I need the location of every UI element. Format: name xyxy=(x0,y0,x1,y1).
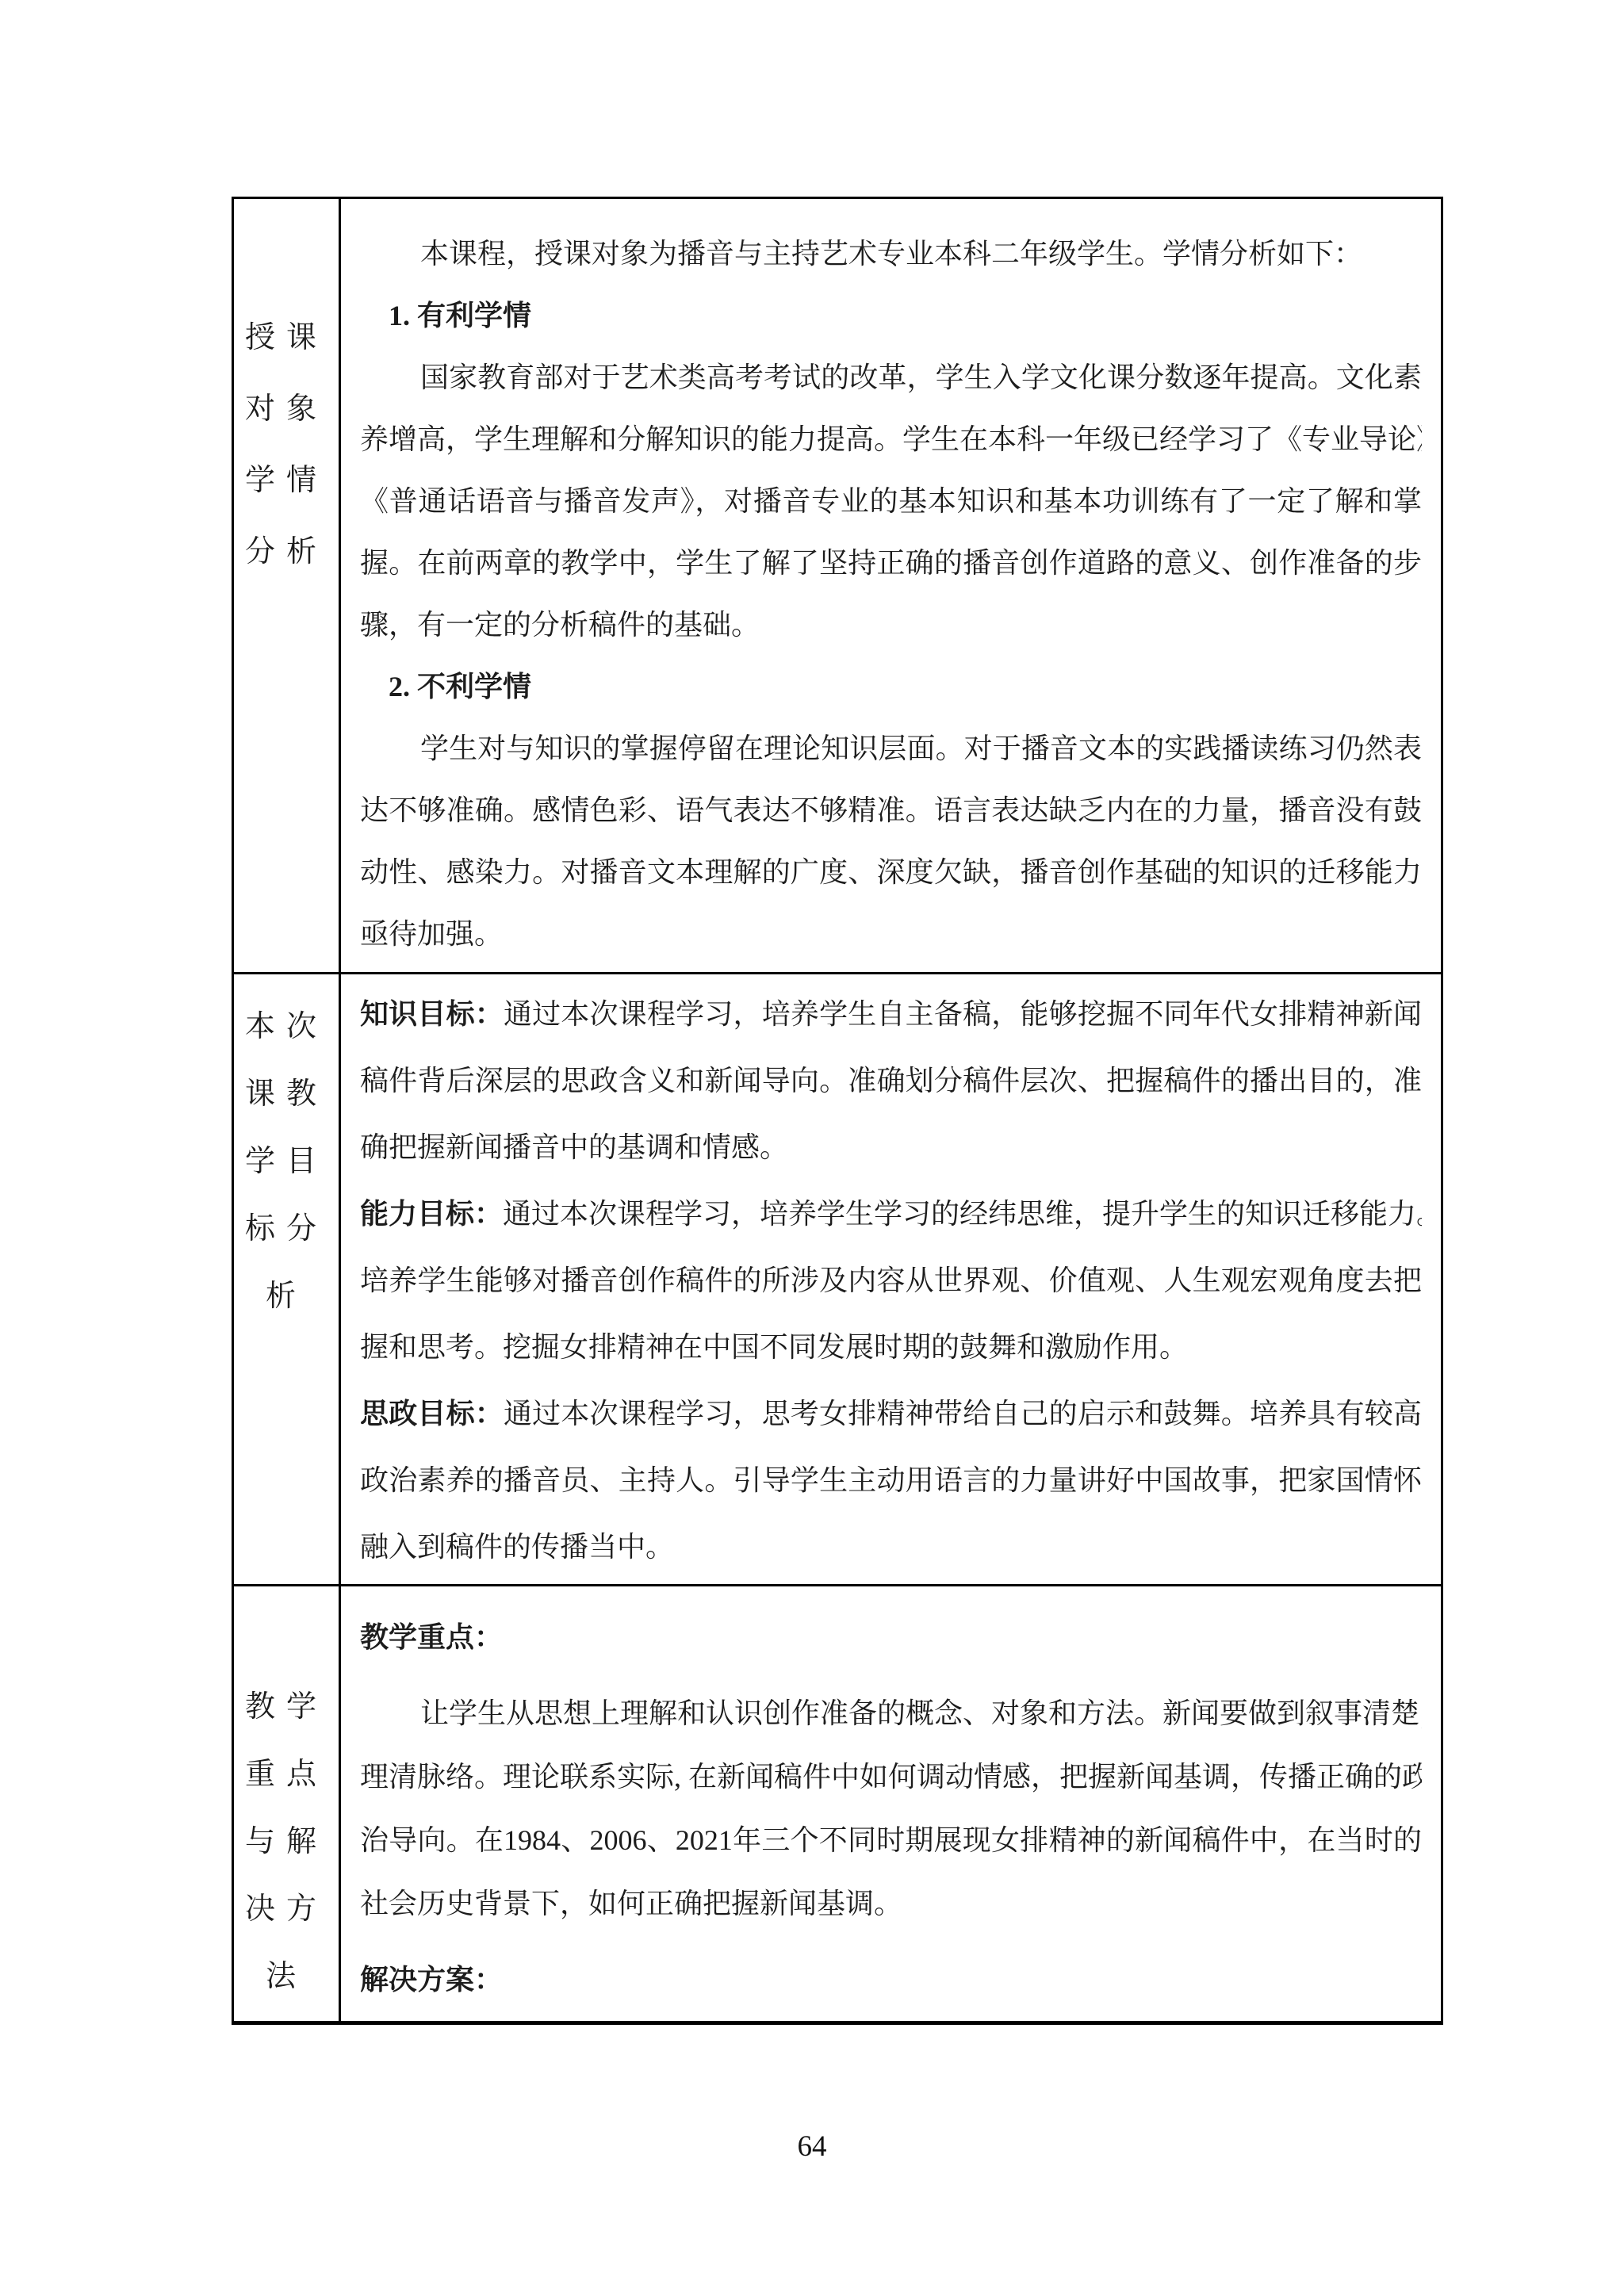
row-label: 授课对象学情分析 xyxy=(234,199,341,972)
text-line: 1. 有利学情 xyxy=(360,285,1422,346)
row-content: 本课程，授课对象为播音与主持艺术专业本科二年级学生。学情分析如下：1. 有利学情… xyxy=(341,199,1441,972)
row-label-line: 析 xyxy=(234,1263,339,1330)
text-line: 达不够准确。感情色彩、语气表达不够精准。语言表达缺乏内在的力量，播音没有鼓 xyxy=(360,779,1422,841)
text-line: 学生对与知识的掌握停留在理论知识层面。对于播音文本的实践播读练习仍然表 xyxy=(360,717,1422,779)
row-label-line: 与解 xyxy=(234,1808,339,1876)
text-line: 确把握新闻播音中的基调和情感。 xyxy=(360,1114,1422,1181)
text-line: 亟待加强。 xyxy=(360,903,1422,965)
text-line: 稿件背后深层的思政含义和新闻导向。准确划分稿件层次、把握稿件的播出目的，准 xyxy=(360,1047,1422,1114)
row-content: 知识目标：通过本次课程学习，培养学生自主备稿，能够挖掘不同年代女排精神新闻稿件背… xyxy=(341,974,1441,1584)
text-line: 养增高，学生理解和分解知识的能力提高。学生在本科一年级已经学习了《专业导论》、 xyxy=(360,408,1422,470)
text-line: 培养学生能够对播音创作稿件的所涉及内容从世界观、价值观、人生观宏观角度去把 xyxy=(360,1247,1422,1314)
text-line: 社会历史背景下，如何正确把握新闻基调。 xyxy=(360,1872,1422,1935)
row-label-line: 教学 xyxy=(234,1674,339,1741)
line-bold-prefix: 知识目标： xyxy=(360,998,504,1030)
row-label-line: 课教 xyxy=(234,1061,339,1128)
text-line: 动性、感染力。对播音文本理解的广度、深度欠缺，播音创作基础的知识的迁移能力 xyxy=(360,841,1422,903)
page-number: 64 xyxy=(0,2130,1624,2164)
text-line: 能力目标：通过本次课程学习，培养学生学习的经纬思维，提升学生的知识迁移能力。 xyxy=(360,1181,1422,1247)
row-label-line: 法 xyxy=(234,1943,339,2011)
row-label: 教学重点与解决方法 xyxy=(234,1586,341,2021)
row-label-line: 重点 xyxy=(234,1741,339,1808)
text-line: 骤，有一定的分析稿件的基础。 xyxy=(360,594,1422,656)
row-label-line: 授课 xyxy=(234,302,339,373)
text-line: 握和思考。挖掘女排精神在中国不同发展时期的鼓舞和激励作用。 xyxy=(360,1314,1422,1380)
row-label-line: 学目 xyxy=(234,1128,339,1196)
text-line: 思政目标：通过本次课程学习，思考女排精神带给自己的启示和鼓舞。培养具有较高 xyxy=(360,1380,1422,1447)
table-row: 教学重点与解决方法 教学重点：让学生从思想上理解和认识创作准备的概念、对象和方法… xyxy=(234,1586,1441,2021)
text-line: 教学重点： xyxy=(360,1605,1422,1669)
line-bold-prefix: 能力目标： xyxy=(360,1198,503,1230)
text-line: 理清脉络。理论联系实际, 在新闻稿件中如何调动情感，把握新闻基调，传播正确的政 xyxy=(360,1745,1422,1808)
table-row: 授课对象学情分析 本课程，授课对象为播音与主持艺术专业本科二年级学生。学情分析如… xyxy=(234,199,1441,974)
text-line: 国家教育部对于艺术类高考考试的改革，学生入学文化课分数逐年提高。文化素 xyxy=(360,346,1422,408)
text-line: 2. 不利学情 xyxy=(360,656,1422,717)
text-line: 本课程，授课对象为播音与主持艺术专业本科二年级学生。学情分析如下： xyxy=(360,223,1422,285)
text-line: 政治素养的播音员、主持人。引导学生主动用语言的力量讲好中国故事，把家国情怀 xyxy=(360,1447,1422,1513)
text-line: 握。在前两章的教学中，学生了解了坚持正确的播音创作道路的意义、创作准备的步 xyxy=(360,532,1422,594)
row-label: 本次课教学目标分析 xyxy=(234,974,341,1584)
text-line: 知识目标：通过本次课程学习，培养学生自主备稿，能够挖掘不同年代女排精神新闻 xyxy=(360,981,1422,1047)
text-line: 让学生从思想上理解和认识创作准备的概念、对象和方法。新闻要做到叙事清楚， xyxy=(360,1682,1422,1745)
row-label-line: 学情 xyxy=(234,445,339,516)
row-label-line: 对象 xyxy=(234,373,339,445)
row-label-line: 分析 xyxy=(234,516,339,587)
text-line: 融入到稿件的传播当中。 xyxy=(360,1513,1422,1580)
row-label-line: 标分 xyxy=(234,1196,339,1263)
row-label-line: 本次 xyxy=(234,993,339,1061)
line-bold-prefix: 思政目标： xyxy=(360,1398,504,1429)
text-line: 治导向。在1984、2006、2021年三个不同时期展现女排精神的新闻稿件中，在… xyxy=(360,1808,1422,1872)
lesson-plan-table: 授课对象学情分析 本课程，授课对象为播音与主持艺术专业本科二年级学生。学情分析如… xyxy=(232,197,1443,2025)
row-content: 教学重点：让学生从思想上理解和认识创作准备的概念、对象和方法。新闻要做到叙事清楚… xyxy=(341,1586,1441,2021)
text-line: 解决方案： xyxy=(360,1948,1422,2011)
text-line: 《普通话语音与播音发声》，对播音专业的基本知识和基本功训练有了一定了解和掌 xyxy=(360,470,1422,532)
row-label-line: 决方 xyxy=(234,1876,339,1943)
table-row: 本次课教学目标分析 知识目标：通过本次课程学习，培养学生自主备稿，能够挖掘不同年… xyxy=(234,974,1441,1586)
